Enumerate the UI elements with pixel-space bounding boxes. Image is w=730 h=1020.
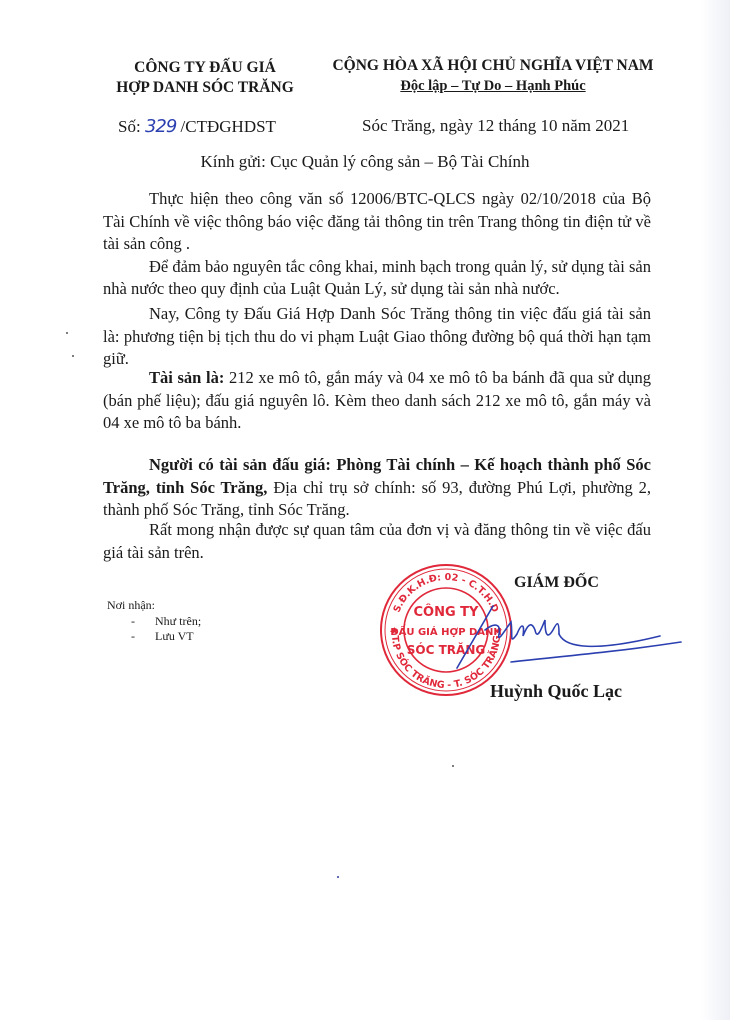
paragraph-purpose: Để đảm bảo nguyên tắc công khai, minh bạ… [103,256,651,301]
signer-title: GIÁM ĐỐC [514,574,599,592]
paragraph-announcement: Nay, Công ty Đấu Giá Hợp Danh Sóc Trăng … [103,303,651,371]
document-number-prefix: Số: [118,117,141,136]
body-paragraphs-1-2: Thực hiện theo công văn số 12006/BTC-QLC… [103,188,651,301]
national-motto: Độc lập – Tự Do – Hạnh Phúc [318,76,668,96]
recipients-list: Như trên; Lưu VT [107,614,201,645]
handwritten-number: 329 [145,116,176,137]
recipients-label: Nơi nhận: [107,598,201,614]
paragraph-reference: Thực hiện theo công văn số 12006/BTC-QLC… [103,188,651,256]
body-paragraph-4: Tài sản là: 212 xe mô tô, gắn máy và 04 … [103,367,651,435]
paragraph-closing: Rất mong nhận được sự quan tâm của đơn v… [103,519,651,564]
body-paragraph-3: Nay, Công ty Đấu Giá Hợp Danh Sóc Trăng … [103,303,651,371]
scan-speck [337,876,339,878]
paragraph-owner: Người có tài sản đấu giá: Phòng Tài chín… [103,454,651,522]
recipient-item: Lưu VT [131,629,201,645]
date-line: Sóc Trăng, ngày 12 tháng 10 năm 2021 [362,116,629,136]
organization-name-line2: HỢP DANH SÓC TRĂNG [95,78,315,98]
organization-header: CÔNG TY ĐẤU GIÁ HỢP DANH SÓC TRĂNG [95,58,315,98]
nation-title: CỘNG HÒA XÃ HỘI CHỦ NGHĨA VIỆT NAM [318,56,668,76]
scan-speck [452,765,454,767]
handwritten-signature-icon [455,600,685,670]
recipients-block: Nơi nhận: Như trên; Lưu VT [107,598,201,645]
document-number-suffix: /CTĐGHDST [181,117,276,136]
scanned-document-page: CÔNG TY ĐẤU GIÁ HỢP DANH SÓC TRĂNG CỘNG … [0,0,730,1020]
body-paragraph-5: Người có tài sản đấu giá: Phòng Tài chín… [103,454,651,522]
assets-label: Tài sản là: [149,368,224,387]
document-number: Số: 329 /CTĐGHDST [118,116,276,137]
body-paragraph-6: Rất mong nhận được sự quan tâm của đơn v… [103,519,651,564]
national-header: CỘNG HÒA XÃ HỘI CHỦ NGHĨA VIỆT NAM Độc l… [318,56,668,96]
signer-name: Huỳnh Quốc Lạc [490,681,622,702]
recipient-item: Như trên; [131,614,201,630]
organization-name-line1: CÔNG TY ĐẤU GIÁ [95,58,315,78]
scan-speck [66,332,68,334]
addressee: Kính gửi: Cục Quản lý công sản – Bộ Tài … [0,152,730,172]
scan-speck [72,355,74,357]
paragraph-assets: Tài sản là: 212 xe mô tô, gắn máy và 04 … [103,367,651,435]
